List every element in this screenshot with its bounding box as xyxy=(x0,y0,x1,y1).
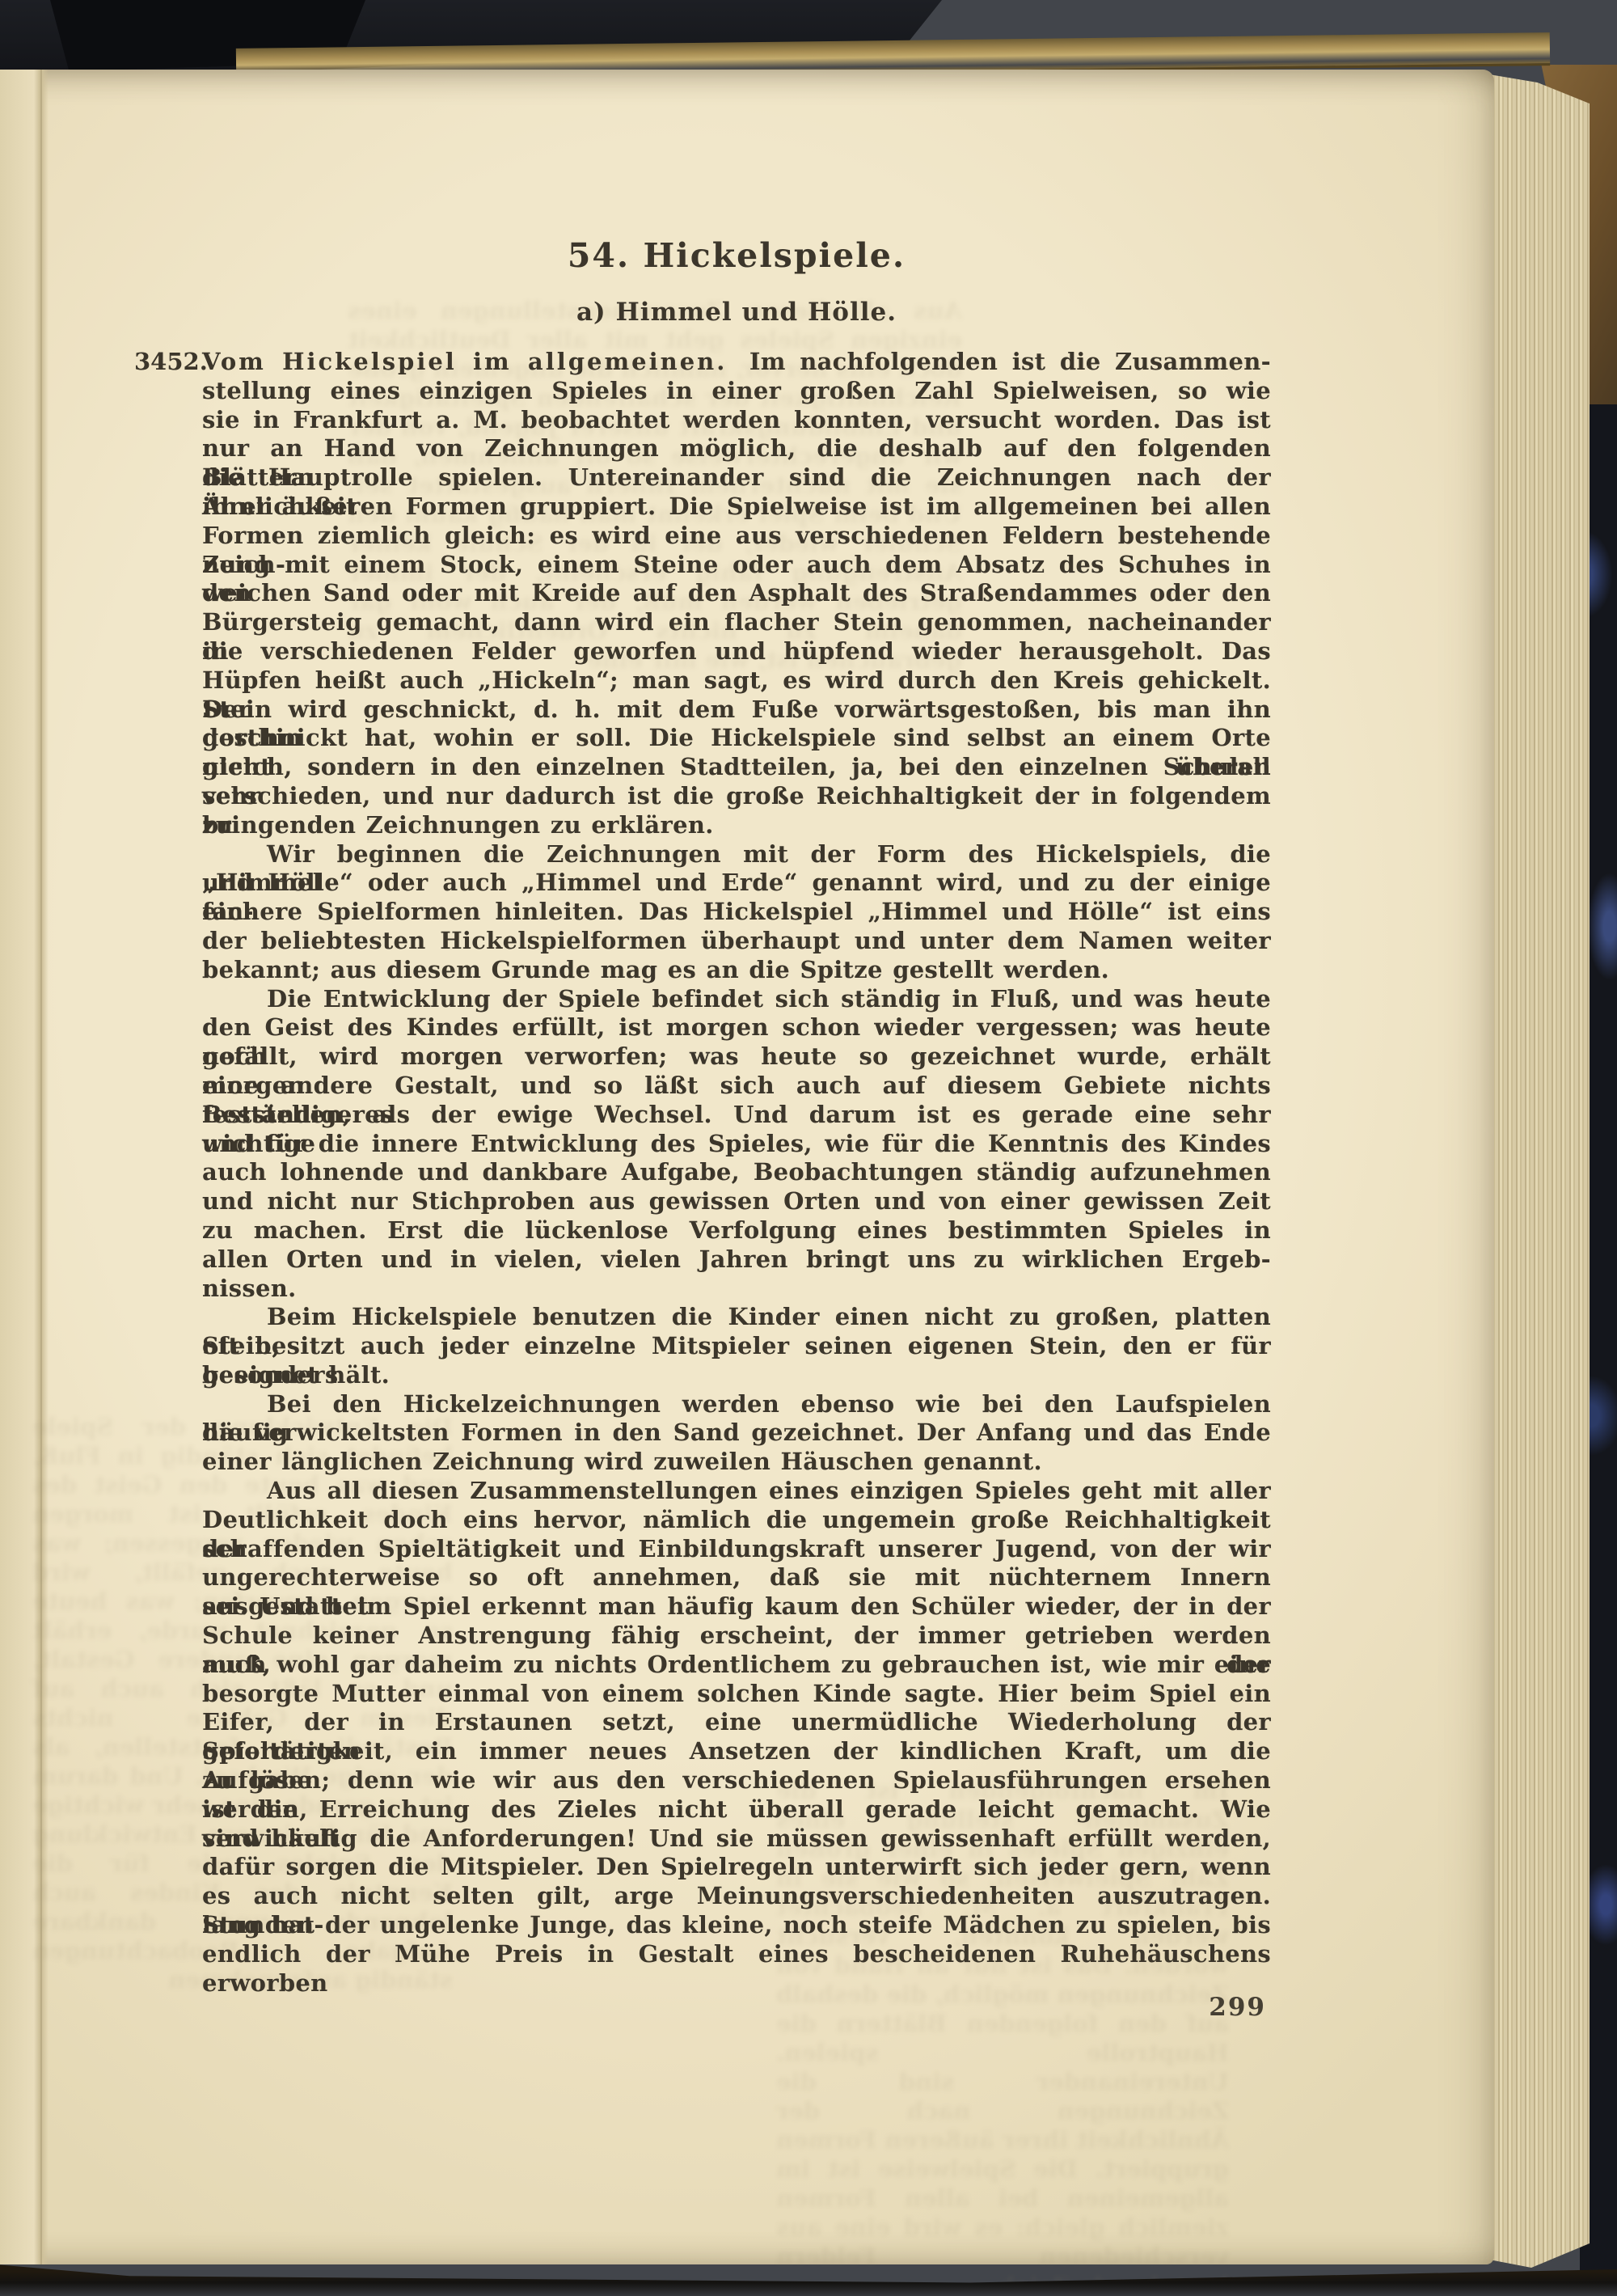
text-line: stellung eines einzigen Spieles in einer… xyxy=(202,377,1271,406)
gutter-crease-line xyxy=(40,70,42,2264)
text-line: dafür sorgen die Mitspieler. Den Spielre… xyxy=(202,1853,1271,1882)
text-block: 54. Hickelspiele. a) Himmel und Hölle. 3… xyxy=(202,70,1271,2264)
entry-title: Vom Hickelspiel im allgemeinen. xyxy=(202,348,727,375)
paragraph: Die Entwicklung der Spiele befindet sich… xyxy=(202,985,1271,1304)
text-line: die Hauptrolle spielen. Untereinander si… xyxy=(202,463,1271,493)
text-line: ihrer äußeren Formen gruppiert. Die Spie… xyxy=(202,493,1271,522)
text-line: und für die innere Entwicklung des Spiel… xyxy=(202,1130,1271,1159)
text-line: sind häufig die Anforderungen! Und sie m… xyxy=(202,1825,1271,1854)
text-line: Die Entwicklung der Spiele befindet sich… xyxy=(202,985,1271,1014)
text-line: Bürgersteig gemacht, dann wird ein flach… xyxy=(202,608,1271,637)
text-line: fachere Spielformen hinleiten. Das Hicke… xyxy=(202,898,1271,927)
text-line: eine andere Gestalt, und so läßt sich au… xyxy=(202,1072,1271,1101)
text-line: gleich, sondern in den einzelnen Stadtte… xyxy=(202,753,1271,782)
text-line: den Geist des Kindes erfüllt, ist morgen… xyxy=(202,1013,1271,1042)
text-line: auch wohl gar daheim zu nichts Ordentlic… xyxy=(202,1651,1271,1680)
body-text: 3452.Vom Hickelspiel im allgemeinen. Im … xyxy=(202,348,1271,1969)
text-line: lang hat der ungelenke Junge, das kleine… xyxy=(202,1911,1271,1940)
paragraph: Beim Hickelspiele benutzen die Kinder ei… xyxy=(202,1303,1271,1389)
text-line: Spieltätigkeit, ein immer neues Ansetzen… xyxy=(202,1737,1271,1766)
text-line: Deutlichkeit doch eins hervor, nämlich d… xyxy=(202,1506,1271,1535)
text-line: besorgte Mutter einmal von einem solchen… xyxy=(202,1680,1271,1709)
text-line: auch lohnende und dankbare Aufgabe, Beob… xyxy=(202,1158,1271,1187)
text-line: weichen Sand oder mit Kreide auf den Asp… xyxy=(202,579,1271,608)
text-line: nissen. xyxy=(202,1275,1271,1304)
paragraph: Wir beginnen die Zeichnungen mit der For… xyxy=(202,840,1271,985)
text-line: Schule keiner Anstrengung fähig erschein… xyxy=(202,1622,1271,1651)
text-line: die verschiedenen Felder geworfen und hü… xyxy=(202,637,1271,666)
section-heading: 54. Hickelspiele. xyxy=(202,236,1271,275)
paragraph: 3452.Vom Hickelspiel im allgemeinen. Im … xyxy=(202,348,1271,840)
text-line: zu machen. Erst die lückenlose Verfolgun… xyxy=(202,1216,1271,1245)
paragraph: Bei den Hickelzeichnungen werden ebenso … xyxy=(202,1390,1271,1477)
text-line: nung mit einem Stock, einem Steine oder … xyxy=(202,551,1271,580)
text-line: Wir beginnen die Zeichnungen mit der For… xyxy=(202,840,1271,869)
text-line: einer länglichen Zeichnung wird zuweilen… xyxy=(202,1448,1271,1477)
text-line: schaffenden Spieltätigkeit und Einbildun… xyxy=(202,1535,1271,1564)
text-line: es auch nicht selten gilt, arge Meinungs… xyxy=(202,1882,1271,1911)
text-line: bringenden Zeichnungen zu erklären. xyxy=(202,811,1271,840)
text-line: geschnickt hat, wohin er soll. Die Hicke… xyxy=(202,724,1271,753)
page-gutter-shading xyxy=(0,70,57,2264)
text-line: allen Orten und in vielen, vielen Jahren… xyxy=(202,1245,1271,1275)
text-line: Eifer, der in Erstaunen setzt, eine uner… xyxy=(202,1708,1271,1737)
text-line: die verwickeltsten Formen in den Sand ge… xyxy=(202,1419,1271,1448)
text-line: 3452.Vom Hickelspiel im allgemeinen. Im … xyxy=(202,348,1271,377)
text-line: sei. Und beim Spiel erkennt man häufig k… xyxy=(202,1592,1271,1622)
text-line: feststellen, als der ewige Wechsel. Und … xyxy=(202,1101,1271,1130)
text-line: geeignet hält. xyxy=(202,1361,1271,1390)
text-line: Hüpfen heißt auch „Hickeln“; man sagt, e… xyxy=(202,666,1271,696)
paragraph: Aus all diesen Zusammenstellungen eines … xyxy=(202,1477,1271,1969)
text-line: ist die Erreichung des Zieles nicht über… xyxy=(202,1795,1271,1825)
text-line: und nicht nur Stichproben aus gewissen O… xyxy=(202,1187,1271,1216)
text-line: zu lösen; denn wie wir aus den verschied… xyxy=(202,1766,1271,1795)
text-line: sie in Frankfurt a. M. beobachtet werden… xyxy=(202,406,1271,435)
text-line: nur an Hand von Zeichnungen möglich, die… xyxy=(202,434,1271,463)
text-line: endlich der Mühe Preis in Gestalt eines … xyxy=(202,1940,1271,1969)
text-line: Aus all diesen Zusammenstellungen eines … xyxy=(202,1477,1271,1506)
page-number: 299 xyxy=(1209,1993,1266,2022)
text-line: bekannt; aus diesem Grunde mag es an die… xyxy=(202,956,1271,985)
text-line: Bei den Hickelzeichnungen werden ebenso … xyxy=(202,1390,1271,1419)
text-line: oft besitzt auch jeder einzelne Mitspiel… xyxy=(202,1332,1271,1361)
text-line: Beim Hickelspiele benutzen die Kinder ei… xyxy=(202,1303,1271,1332)
text-line: und Hölle“ oder auch „Himmel und Erde“ g… xyxy=(202,869,1271,898)
text-line: Stein wird geschnickt, d. h. mit dem Fuß… xyxy=(202,696,1271,725)
scanned-book-page: Aus all diesen Zusammenstellungen eines … xyxy=(0,0,1617,2296)
text-line: verschieden, und nur dadurch ist die gro… xyxy=(202,782,1271,811)
text-line: Formen ziemlich gleich: es wird eine aus… xyxy=(202,522,1271,551)
page-fore-edge xyxy=(1489,74,1590,2268)
entry-number: 3452. xyxy=(134,348,208,377)
text-line: gefällt, wird morgen verworfen; was heut… xyxy=(202,1042,1271,1072)
page-paper: Aus all diesen Zusammenstellungen eines … xyxy=(0,70,1494,2264)
subsection-heading: a) Himmel und Hölle. xyxy=(202,298,1271,327)
text-line: ungerechterweise so oft annehmen, daß si… xyxy=(202,1563,1271,1592)
text-line: der beliebtesten Hickelspielformen überh… xyxy=(202,927,1271,956)
